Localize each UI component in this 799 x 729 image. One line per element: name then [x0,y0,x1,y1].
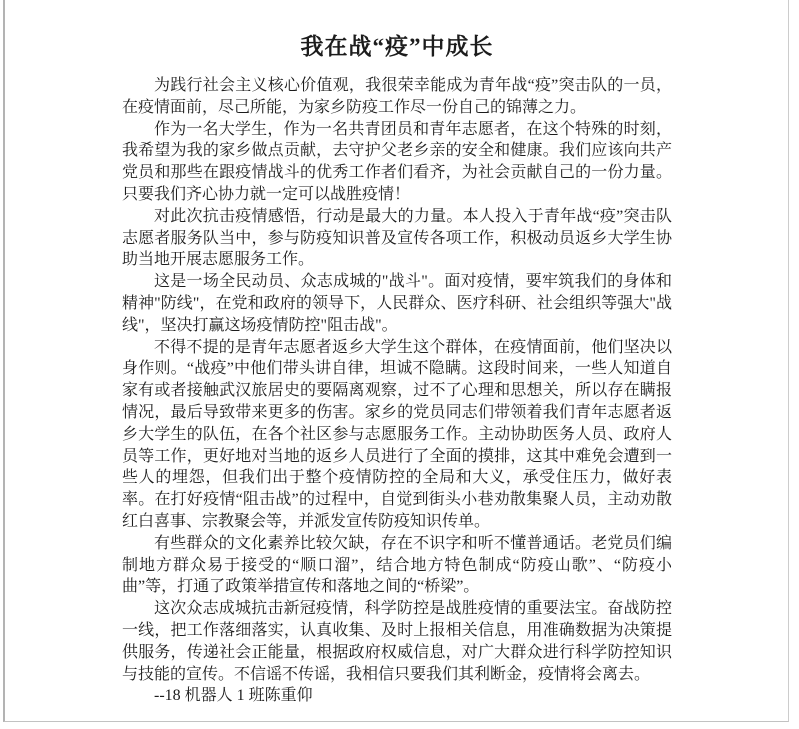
document-page[interactable]: 我在战“疫”中成长 为践行社会主义核心价值观，我很荣幸能成为青年战“疫”突击队的… [3,0,789,722]
paragraph-6: 有些群众的文化素养比较欠缺，存在不识字和听不懂普通话。老党员们编制地方群众易于接… [122,533,672,598]
document-content: 我在战“疫”中成长 为践行社会主义核心价值观，我很荣幸能成为青年战“疫”突击队的… [5,0,788,707]
document-title: 我在战“疫”中成长 [122,32,672,62]
document-body: 为践行社会主义核心价值观，我很荣幸能成为青年战“疫”突击队的一员，在疫情面前，尽… [122,75,672,707]
paragraph-3: 对此次抗击疫情感悟，行动是最大的力量。本人投入于青年战“疫”突击队志愿者服务队当… [122,206,672,271]
paragraph-5: 不得不提的是青年志愿者返乡大学生这个群体，在疫情面前，他们坚决以身作则。“战疫”… [122,337,672,533]
paragraph-7: 这次众志成城抗击新冠疫情，科学防控是战胜疫情的重要法宝。奋战防控一线，把工作落细… [122,598,672,685]
paragraph-4: 这是一场全民动员、众志成城的"战斗"。面对疫情，要牢筑我们的身体和精神"防线"，… [122,271,672,336]
author-signature: --18 机器人 1 班陈重仰 [122,685,672,707]
paragraph-1: 为践行社会主义核心价值观，我很荣幸能成为青年战“疫”突击队的一员，在疫情面前，尽… [122,75,672,119]
paragraph-2: 作为一名大学生，作为一名共青团员和青年志愿者，在这个特殊的时刻，我希望为我的家乡… [122,119,672,206]
